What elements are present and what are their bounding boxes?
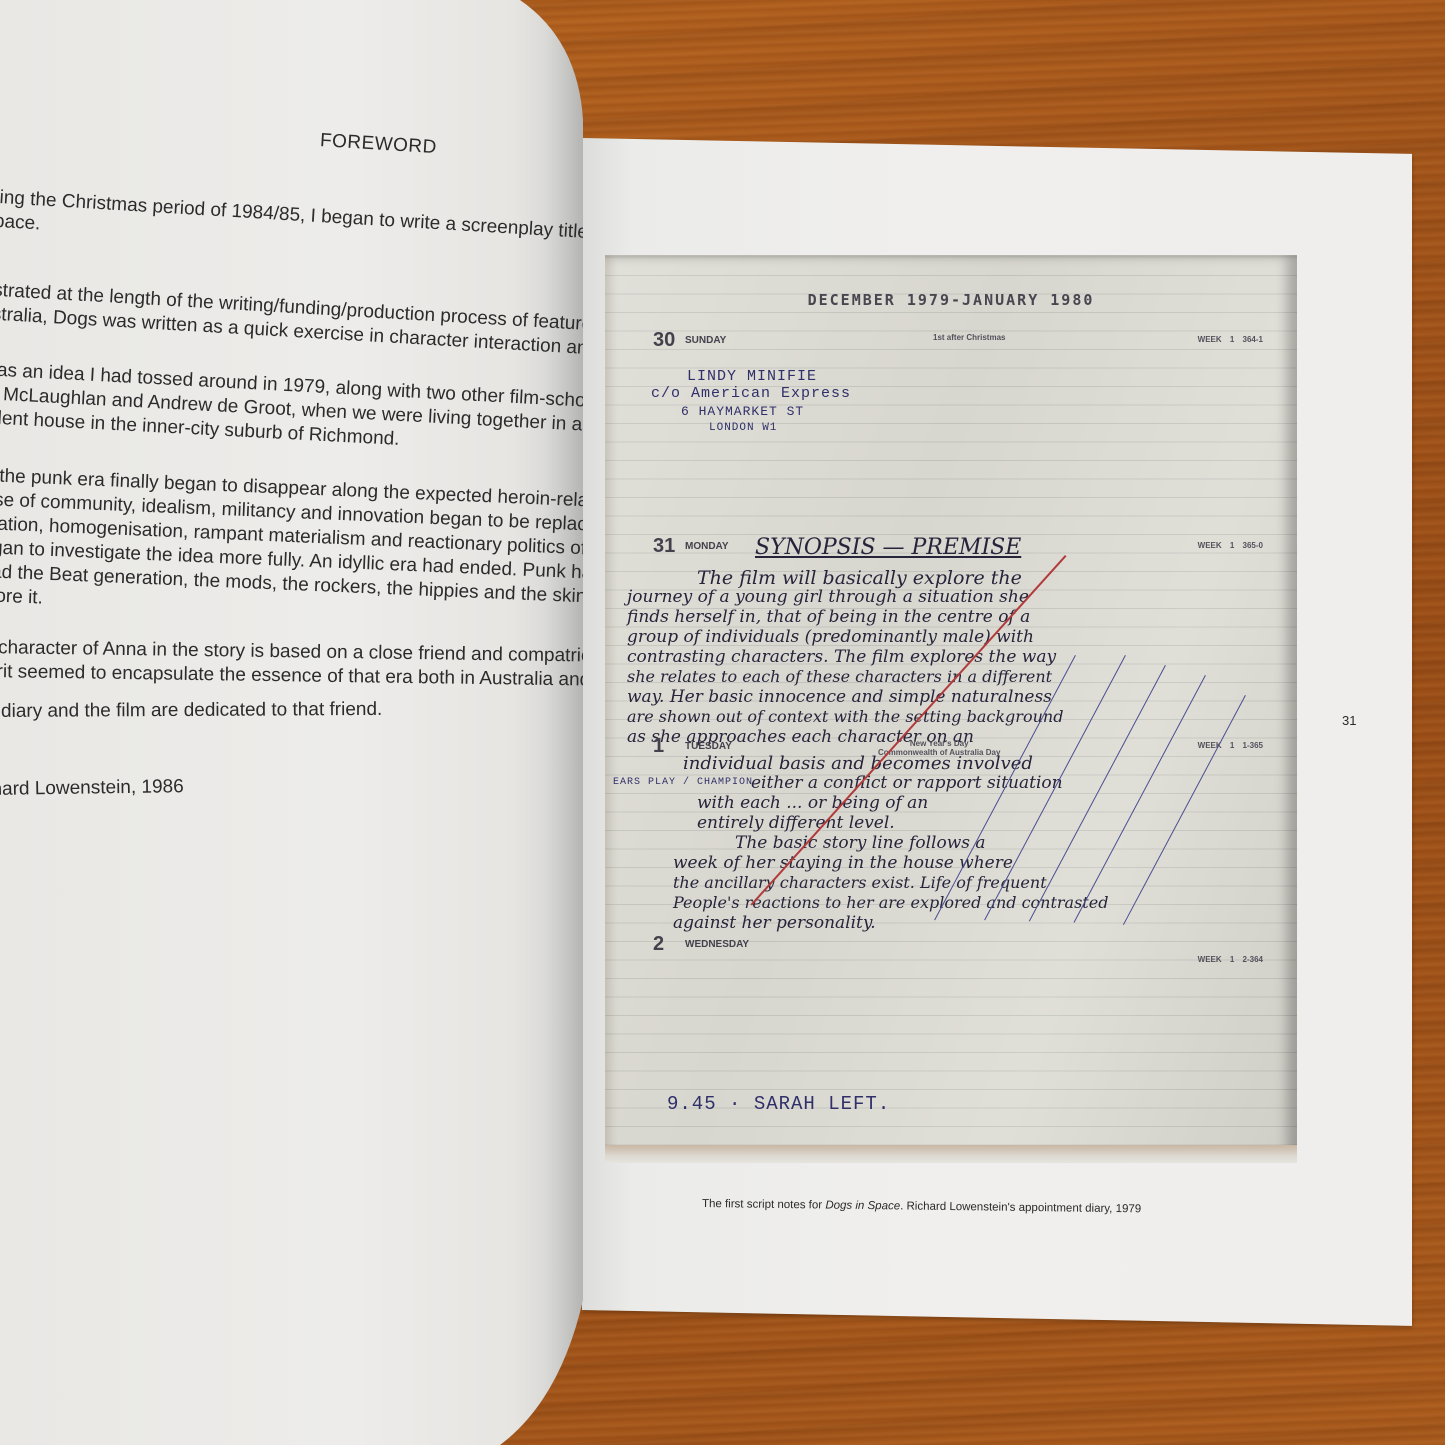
synopsis-line: individual basis and becomes involved: [683, 753, 1033, 774]
synopsis-line: either a conflict or rapport situation: [751, 773, 1063, 793]
synopsis-line: are shown out of context with the settin…: [627, 707, 1063, 726]
synopsis-line: finds herself in, that of being in the c…: [627, 607, 1030, 627]
synopsis-line: with each ... or being of an: [697, 793, 928, 813]
handwriting-address-line: LONDON W1: [709, 422, 777, 434]
synopsis-line: way. Her basic innocence and simple natu…: [627, 687, 1052, 707]
synopsis-line: against her personality.: [673, 913, 876, 933]
synopsis-line: week of her staying in the house where: [673, 853, 1013, 873]
day-week: WEEK 1 1-365: [1198, 741, 1263, 750]
gutter-shadow: [544, 0, 584, 1445]
day-week: WEEK 1 364-1: [1198, 335, 1263, 344]
day-number: 30: [653, 329, 675, 352]
handwriting-address-line: c/o American Express: [651, 385, 851, 402]
diary-day-row: 30 SUNDAY 1st after Christmas WEEK 1 364…: [653, 329, 1263, 355]
synopsis-line: The film will basically explore the: [697, 567, 1022, 589]
synopsis-line: the ancillary characters exist. Life of …: [673, 873, 1047, 892]
day-note: 1st after Christmas: [933, 333, 1005, 342]
page-number: 31: [1342, 713, 1356, 728]
handwriting-address-line: LINDY MINIFIE: [687, 368, 817, 385]
diary-page-edge: [605, 1145, 1297, 1163]
margin-note: EARS PLAY / CHAMPION: [613, 777, 753, 788]
synopsis-line: contrasting characters. The film explore…: [627, 647, 1056, 667]
day-name: TUESDAY: [685, 741, 732, 752]
paragraph: s the punk era finally began to disappea…: [0, 464, 677, 637]
synopsis-line: entirely different level.: [697, 813, 895, 833]
synopsis-line: she relates to each of these characters …: [627, 667, 1052, 686]
diary-day-row: 2 WEDNESDAY WEEK 1 2-364: [653, 933, 1263, 959]
day-number: 2: [653, 933, 664, 956]
paragraph-line: is diary and the film are dedicated to t…: [0, 698, 382, 724]
day-name: SUNDAY: [685, 335, 726, 346]
bottom-note: 9.45 · SARAH LEFT.: [667, 1093, 890, 1115]
synopsis-line: journey of a young girl through a situat…: [627, 587, 1029, 607]
caption-text: The first script notes for: [702, 1198, 825, 1212]
handwriting-address-line: 6 HAYMARKET ST: [681, 404, 804, 419]
day-number: 1: [653, 735, 664, 758]
signature: chard Lowenstein, 1986: [0, 775, 184, 802]
day-week: WEEK 1 2-364: [1198, 955, 1263, 964]
caption-title: Dogs in Space: [825, 1200, 900, 1213]
blue-strike-line: [1123, 695, 1246, 925]
day-name: WEDNESDAY: [685, 939, 749, 950]
day-name: MONDAY: [685, 541, 729, 552]
diary-photo: DECEMBER 1979-JANUARY 1980 30 SUNDAY 1st…: [605, 255, 1297, 1163]
day-week: WEEK 1 365-0: [1198, 541, 1263, 550]
synopsis-line: group of individuals (predominantly male…: [627, 627, 1034, 647]
foreword-title: FOREWORD: [319, 130, 437, 159]
left-page: FOREWORD uring the Christmas period of 1…: [0, 0, 584, 1445]
paragraph: is diary and the film are dedicated to t…: [0, 698, 382, 724]
synopsis-title: SYNOPSIS — PREMISE: [755, 535, 1021, 560]
synopsis-line: The basic story line follows a: [735, 833, 986, 853]
diary-month-header: DECEMBER 1979-JANUARY 1980: [605, 291, 1297, 309]
day-number: 31: [653, 535, 675, 558]
paragraph: e character of Anna in the story is base…: [0, 636, 662, 693]
